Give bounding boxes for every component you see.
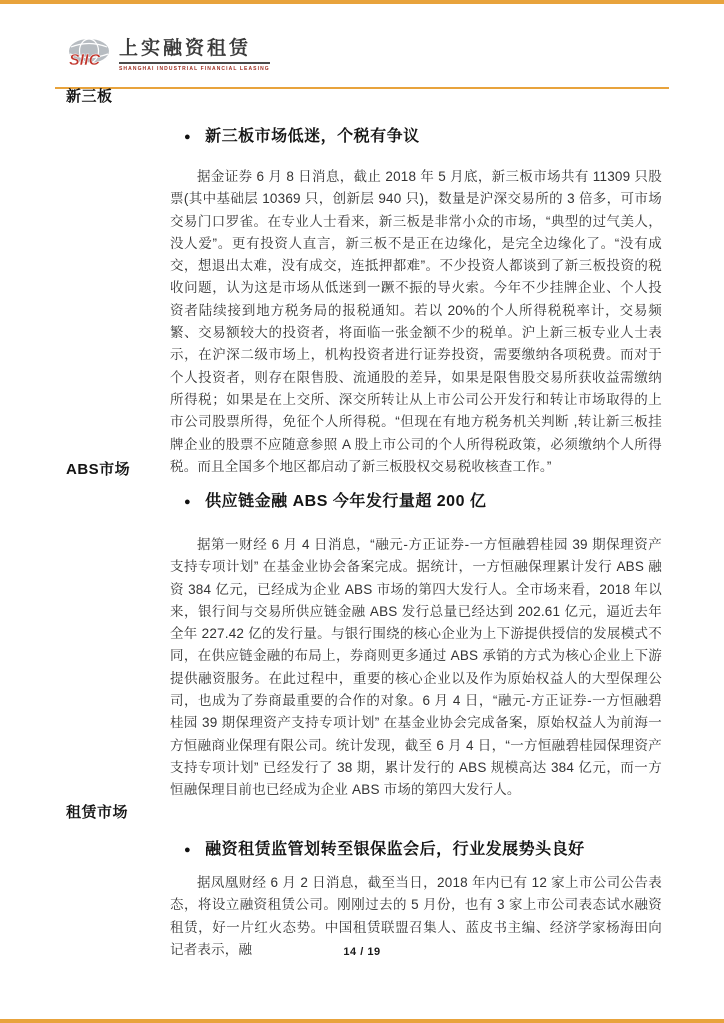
- article-body: 据第一财经 6 月 4 日消息，“融元-方正证券-一方恒融碧桂园 39 期保理资…: [170, 534, 662, 802]
- document-page: SIIC 上实融资租赁 SHANGHAI INDUSTRIAL FINANCIA…: [0, 0, 724, 1023]
- siic-logo-text: SIIC: [69, 52, 101, 69]
- bullet-icon: ●: [184, 497, 191, 508]
- company-logo: SIIC 上实融资租赁 SHANGHAI INDUSTRIAL FINANCIA…: [68, 38, 270, 72]
- section-title-leasing: 租赁市场: [66, 804, 128, 822]
- section-title-abs: ABS市场: [66, 461, 130, 479]
- bottom-accent-bar: [0, 1019, 724, 1023]
- article-headline-row: ● 新三板市场低迷，个税有争议: [184, 127, 420, 146]
- header-gold-rule: [55, 87, 669, 89]
- section-title-xinsanban: 新三板: [66, 88, 113, 106]
- bullet-icon: ●: [184, 845, 191, 856]
- article-headline: 融资租赁监管划转至银保监会后，行业发展势头良好: [205, 840, 585, 859]
- top-accent-bar: [0, 0, 724, 4]
- bullet-icon: ●: [184, 132, 191, 143]
- siic-globe-icon: SIIC: [68, 38, 112, 69]
- article-headline: 供应链金融 ABS 今年发行量超 200 亿: [205, 492, 486, 511]
- company-name-cn: 上实融资租赁: [119, 38, 270, 64]
- page-number: 14 / 19: [0, 946, 724, 958]
- article-headline-row: ● 融资租赁监管划转至银保监会后，行业发展势头良好: [184, 840, 585, 859]
- article-body: 据金证券 6 月 8 日消息，截止 2018 年 5 月底，新三板市场共有 11…: [170, 166, 662, 478]
- article-headline: 新三板市场低迷，个税有争议: [205, 127, 420, 146]
- logo-names: 上实融资租赁 SHANGHAI INDUSTRIAL FINANCIAL LEA…: [119, 38, 270, 72]
- company-name-en: SHANGHAI INDUSTRIAL FINANCIAL LEASING: [119, 66, 270, 72]
- article-headline-row: ● 供应链金融 ABS 今年发行量超 200 亿: [184, 492, 486, 511]
